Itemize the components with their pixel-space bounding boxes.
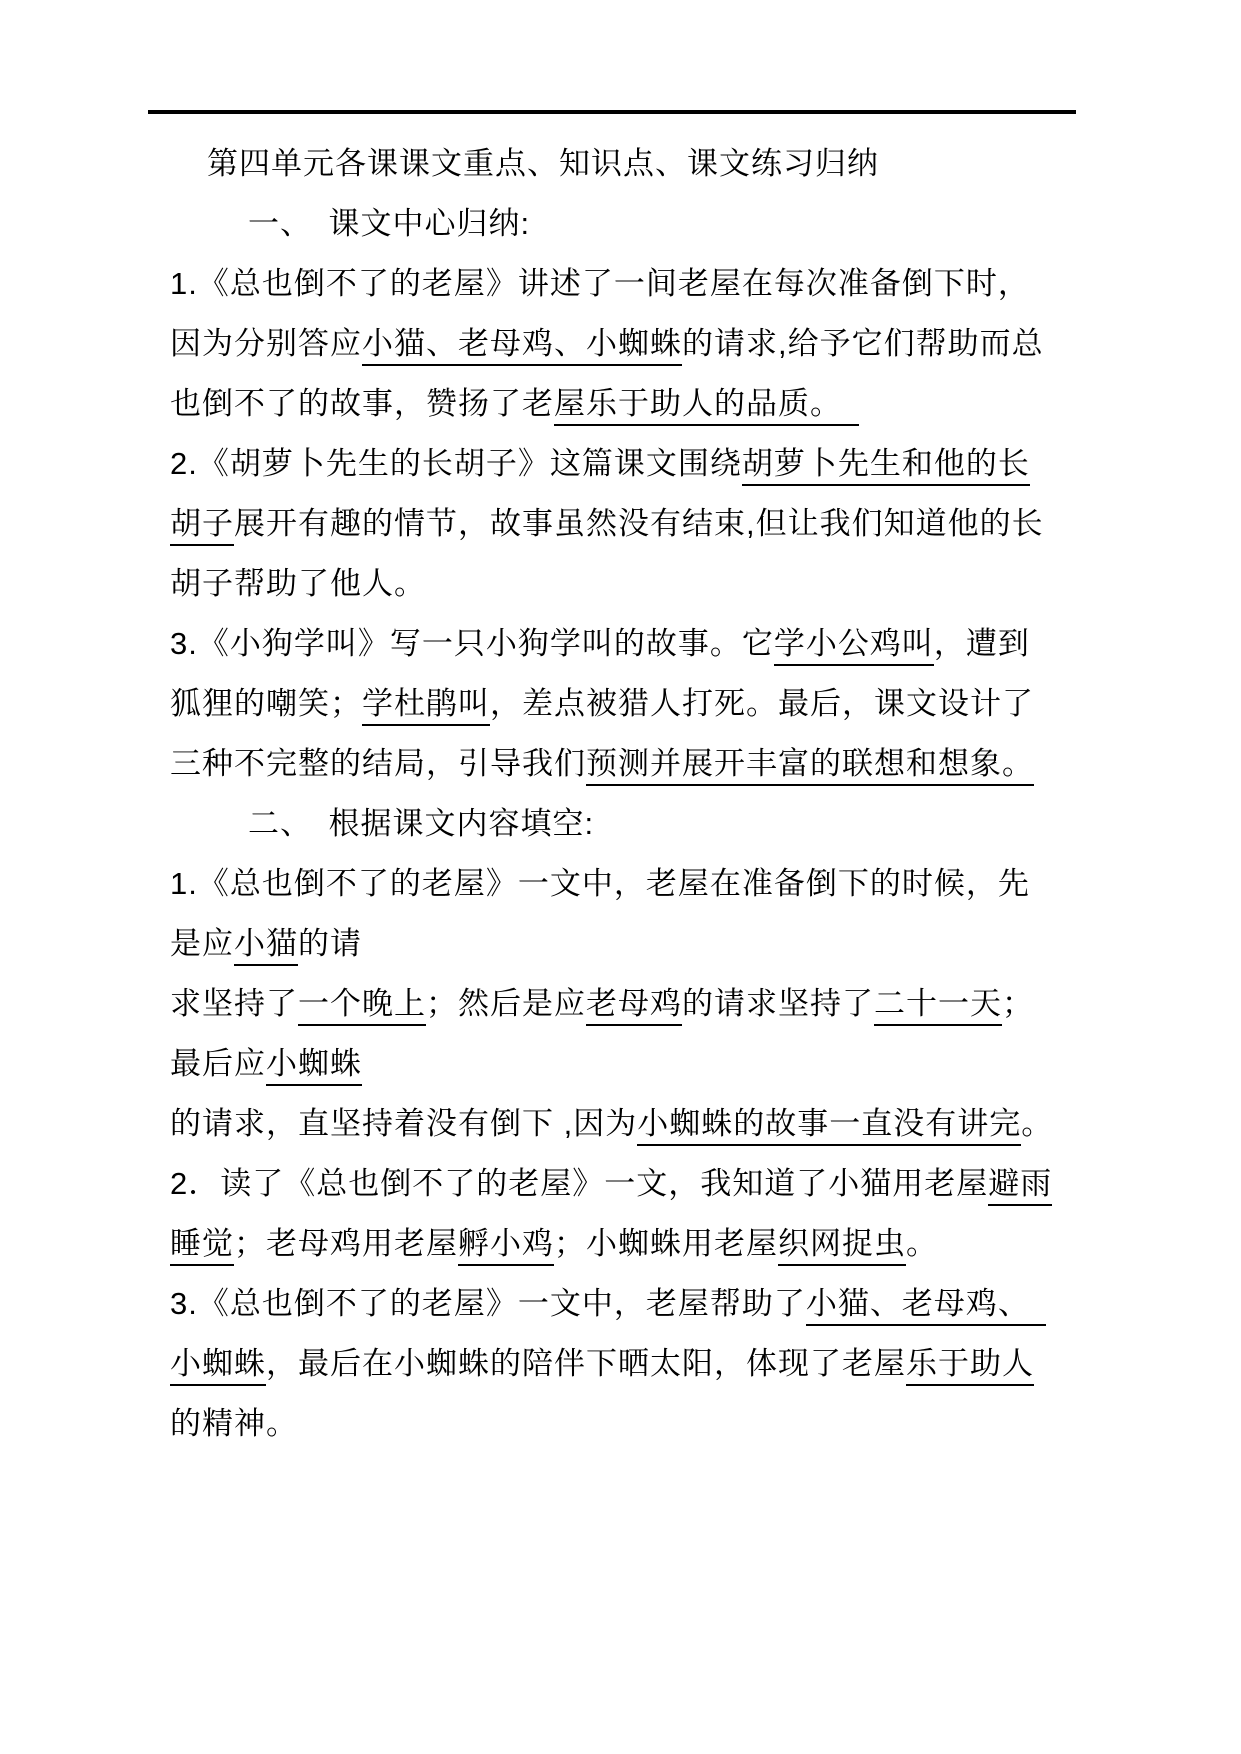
underlined-text: 乐于助人 bbox=[906, 1346, 1034, 1386]
text-segment: ； bbox=[1002, 986, 1034, 1021]
text-line: 2.《胡萝卜先生的长胡子》这篇课文围绕胡萝卜先生和他的长 bbox=[170, 434, 1080, 494]
text-line: 的精神。 bbox=[170, 1394, 1080, 1454]
text-segment: 三种不完整的结局，引导我们 bbox=[170, 746, 586, 781]
text-line: 3.《总也倒不了的老屋》一文中，老屋帮助了小猫、老母鸡、 bbox=[170, 1274, 1080, 1334]
text-line: 小蜘蛛，最后在小蜘蛛的陪伴下晒太阳，体现了老屋乐于助人 bbox=[170, 1334, 1080, 1394]
underlined-text: 胡子 bbox=[170, 506, 234, 546]
underlined-text: 学小公鸡叫 bbox=[774, 626, 934, 666]
underlined-text: 小蜘蛛 bbox=[266, 1046, 362, 1086]
text-line: 1.《总也倒不了的老屋》一文中，老屋在准备倒下的时候，先 bbox=[170, 854, 1080, 914]
text-segment: ；老母鸡用老屋 bbox=[234, 1226, 458, 1261]
text-segment: 最后应 bbox=[170, 1046, 266, 1081]
text-line: 狐狸的嘲笑；学杜鹃叫，差点被猎人打死。最后，课文设计了 bbox=[170, 674, 1080, 734]
underlined-text: 老母鸡 bbox=[586, 986, 682, 1026]
text-line: 最后应小蜘蛛 bbox=[170, 1034, 1080, 1094]
text-segment: ，最后在小蜘蛛的陪伴下晒太阳，体现了老屋 bbox=[266, 1346, 906, 1381]
text-segment: 3.《总也倒不了的老屋》一文中，老屋帮助了 bbox=[170, 1286, 806, 1321]
document-page: 第四单元各课课文重点、知识点、课文练习归纳一、 课文中心归纳:1.《总也倒不了的… bbox=[0, 0, 1241, 1754]
text-segment: 1.《总也倒不了的老屋》讲述了一间老屋在每次准备倒下时， bbox=[170, 266, 1030, 301]
underlined-text: 预测并展开丰富的联想和想象。 bbox=[586, 746, 1034, 786]
text-line: 2．读了《总也倒不了的老屋》一文，我知道了小猫用老屋避雨 bbox=[170, 1154, 1080, 1214]
text-segment: 第四单元各课课文重点、知识点、课文练习归纳 bbox=[207, 146, 879, 181]
text-segment: 一、 课文中心归纳: bbox=[248, 206, 530, 241]
text-segment: 狐狸的嘲笑； bbox=[170, 686, 362, 721]
text-segment: ；然后是应 bbox=[426, 986, 586, 1021]
text-segment: 因为分别答应 bbox=[170, 326, 362, 361]
underlined-text: 织网捉虫 bbox=[778, 1226, 906, 1266]
underlined-text: 小蜘蛛 bbox=[170, 1346, 266, 1386]
document-title: 第四单元各课课文重点、知识点、课文练习归纳 bbox=[170, 134, 1080, 194]
text-segment: 。 bbox=[906, 1226, 938, 1261]
text-segment: ，差点被猎人打死。最后，课文设计了 bbox=[490, 686, 1034, 721]
text-line: 1.《总也倒不了的老屋》讲述了一间老屋在每次准备倒下时， bbox=[170, 254, 1080, 314]
text-segment: 的精神。 bbox=[170, 1406, 298, 1441]
text-segment: 3.《小狗学叫》写一只小狗学叫的故事。它 bbox=[170, 626, 774, 661]
text-line: 胡子帮助了他人。 bbox=[170, 554, 1080, 614]
text-line: 胡子展开有趣的情节，故事虽然没有结束,但让我们知道他的长 bbox=[170, 494, 1080, 554]
underlined-text: 小猫 bbox=[234, 926, 298, 966]
underlined-text: 避雨 bbox=[988, 1166, 1052, 1206]
underlined-text: 胡萝卜先生和他的长 bbox=[742, 446, 1030, 486]
text-segment: 展开有趣的情节，故事虽然没有结束,但让我们知道他的长 bbox=[234, 506, 1044, 541]
text-segment: 的请求坚持了 bbox=[682, 986, 874, 1021]
text-segment: 是应 bbox=[170, 926, 234, 961]
text-line: 求坚持了一个晚上；然后是应老母鸡的请求坚持了二十一天； bbox=[170, 974, 1080, 1034]
underlined-text: 小猫、老母鸡、小蜘蛛 bbox=[362, 326, 682, 366]
text-segment: 的请求,给予它们帮助而总 bbox=[682, 326, 1044, 361]
text-line: 睡觉；老母鸡用老屋孵小鸡；小蜘蛛用老屋织网捉虫。 bbox=[170, 1214, 1080, 1274]
text-segment: 的请求，直坚持着没有倒下 ,因为 bbox=[170, 1106, 637, 1141]
text-segment: 的请 bbox=[298, 926, 362, 961]
text-line: 因为分别答应小猫、老母鸡、小蜘蛛的请求,给予它们帮助而总 bbox=[170, 314, 1080, 374]
text-segment: 1.《总也倒不了的老屋》一文中，老屋在准备倒下的时候，先 bbox=[170, 866, 1030, 901]
underlined-text: 一个晚上 bbox=[298, 986, 426, 1026]
text-segment: 2.《胡萝卜先生的长胡子》这篇课文围绕 bbox=[170, 446, 742, 481]
document-body: 第四单元各课课文重点、知识点、课文练习归纳一、 课文中心归纳:1.《总也倒不了的… bbox=[170, 134, 1080, 1454]
underlined-text: 孵小鸡 bbox=[458, 1226, 554, 1266]
underlined-text: 小猫、老母鸡、 bbox=[806, 1286, 1047, 1326]
text-segment: ；小蜘蛛用老屋 bbox=[554, 1226, 778, 1261]
text-line: 的请求，直坚持着没有倒下 ,因为小蜘蛛的故事一直没有讲完。 bbox=[170, 1094, 1080, 1154]
section-heading-1: 一、 课文中心归纳: bbox=[170, 194, 1080, 254]
text-segment: 2．读了《总也倒不了的老屋》一文，我知道了小猫用老屋 bbox=[170, 1166, 988, 1201]
text-line: 三种不完整的结局，引导我们预测并展开丰富的联想和想象。 bbox=[170, 734, 1080, 794]
text-line: 3.《小狗学叫》写一只小狗学叫的故事。它学小公鸡叫，遭到 bbox=[170, 614, 1080, 674]
text-segment: 求坚持了 bbox=[170, 986, 298, 1021]
text-segment: ，遭到 bbox=[934, 626, 1030, 661]
text-segment: 胡子帮助了他人。 bbox=[170, 566, 426, 601]
underlined-text: 小蜘蛛的故事一直没有讲完 bbox=[637, 1106, 1021, 1146]
section-heading-2: 二、 根据课文内容填空: bbox=[170, 794, 1080, 854]
text-line: 也倒不了的故事，赞扬了老屋乐于助人的品质。 bbox=[170, 374, 1080, 434]
underlined-text: 学杜鹃叫 bbox=[362, 686, 490, 726]
header-rule bbox=[148, 110, 1076, 114]
text-segment: 二、 根据课文内容填空: bbox=[248, 806, 594, 841]
text-segment: 也倒不了的故事，赞扬了老 bbox=[170, 386, 554, 421]
underlined-text: 二十一天 bbox=[874, 986, 1002, 1026]
text-segment: 。 bbox=[1021, 1106, 1053, 1141]
text-line: 是应小猫的请 bbox=[170, 914, 1080, 974]
underlined-text: 屋乐于助人的品质。 bbox=[554, 386, 859, 426]
underlined-text: 睡觉 bbox=[170, 1226, 234, 1266]
